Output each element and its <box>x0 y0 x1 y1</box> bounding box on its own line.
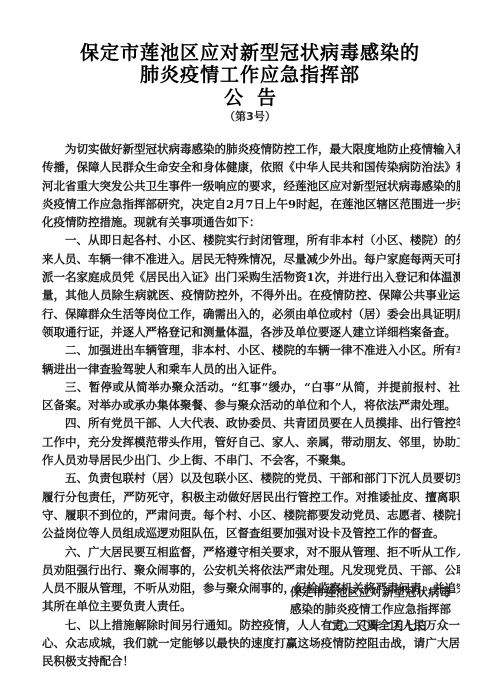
body-text-line: 派一名家庭成员凭《居民出入证》出门采购生活物资1次，并进行出入登记和体温测 <box>42 268 460 286</box>
document-title-line1: 保定市莲池区应对新型冠状病毒感染的 <box>0 42 500 64</box>
body-text-line: 作人员劝导居民少出门、少上街、不串门、不会客，不聚集。 <box>42 451 460 469</box>
body-text-line: 传播，保障人民群众生命安全和身体健康，依照《中华人民共和国传染病防治法》和 <box>42 158 460 176</box>
signature-org-line1: 保定市莲池区应对新型冠状病毒 <box>290 584 462 601</box>
body-text-line: 心、众志成城，我们就一定能够以最快的速度打赢这场疫情防控阻击战，请广大居 <box>42 634 460 652</box>
body-text-line: 为切实做好新型冠状病毒感染的肺炎疫情防控工作，最大限度地防止疫情输入和 <box>42 140 460 158</box>
announcement-document: 保定市莲池区应对新型冠状病毒感染的 肺炎疫情工作应急指挥部 公告 （第3号） 为… <box>0 0 500 678</box>
body-text-line: 员劝阻强行出行、聚众闹事的，公安机关将依法严肃处理。凡发现党员、干部、公职 <box>42 561 460 579</box>
body-text-line: 行、保障群众生活等岗位工作，确需出入的，必须由单位或村（居）委会出具证明后 <box>42 305 460 323</box>
body-text-line: 来人员、车辆一律不准进入。居民无特殊情况，尽量减少外出。每户家庭每两天可指 <box>42 250 460 268</box>
body-text-line: 五、负责包联村（居）以及包联小区、楼院的党员、干部和部门下沉人员要切实 <box>42 469 460 487</box>
body-text-line: 辆进出一律查验驾驶人和乘车人员的出入证件。 <box>42 360 460 378</box>
body-text-line: 一、从即日起各村、小区、楼院实行封闭管理，所有非本村（小区、楼院）的外 <box>42 231 460 249</box>
body-text-line: 履行分包责任，严防死守，积极主动做好居民出行管控工作。对推诿扯皮、擅离职 <box>42 488 460 506</box>
body-text-line: 六、广大居民要互相监督，严格遵守相关要求，对不服从管理、拒不听从工作人 <box>42 543 460 561</box>
body-text-line: 民积极支持配合！ <box>42 652 460 670</box>
body-text-line: 二、加强进出车辆管理，非本村、小区、楼院的车辆一律不准进入小区。所有车 <box>42 341 460 359</box>
body-text-line: 量，其他人员除生病就医、疫情防控外，不得外出。在疫情防控、保障公共事业运 <box>42 286 460 304</box>
body-text-line: 四、所有党员干部、人大代表、政协委员、共青团员要在人员摸排、出行管控等 <box>42 414 460 432</box>
signature-block: 保定市莲池区应对新型冠状病毒 感染的肺炎疫情工作应急指挥部 二〇二〇年二月七日 <box>290 584 462 635</box>
signature-org-line2: 感染的肺炎疫情工作应急指挥部 <box>290 601 462 618</box>
body-text-line: 守、履职不到位的，严肃问责。每个村、小区、楼院都要发动党员、志愿者、楼院长、 <box>42 506 460 524</box>
body-text-line: 三、暂停或从简举办聚众活动。“红事”缓办，“白事”从简，并提前报村、社 <box>42 378 460 396</box>
signature-date: 二〇二〇年二月七日 <box>290 618 462 635</box>
document-title-line2: 肺炎疫情工作应急指挥部 <box>0 64 500 86</box>
body-text-line: 化疫情防控措施。现就有关事项通告如下： <box>42 213 460 231</box>
body-text-line: 公益岗位等人员组成巡逻劝阻队伍，区督查组要加强对设卡及管控工作的督查。 <box>42 524 460 542</box>
body-text-line: 区备案。对举办或承办集体聚餐、参与聚众活动的单位和个人，将依法严肃处理。 <box>42 396 460 414</box>
body-text-line: 工作中，充分发挥模范带头作用，管好自己、家人、亲属，带动朋友、邻里，协助工 <box>42 433 460 451</box>
announcement-number: （第3号） <box>0 108 500 124</box>
body-text-line: 河北省重大突发公共卫生事件一级响应的要求，经莲池区应对新型冠状病毒感染的肺 <box>42 177 460 195</box>
document-title-announcement: 公告 <box>0 87 500 109</box>
body-text-line: 领取通行证，并逐人严格登记和测量体温，各涉及单位要逐人建立详细档案备查。 <box>42 323 460 341</box>
body-text-line: 炎疫情工作应急指挥部研究，决定自2月7日上午9时起，在莲池区辖区范围进一步强 <box>42 195 460 213</box>
